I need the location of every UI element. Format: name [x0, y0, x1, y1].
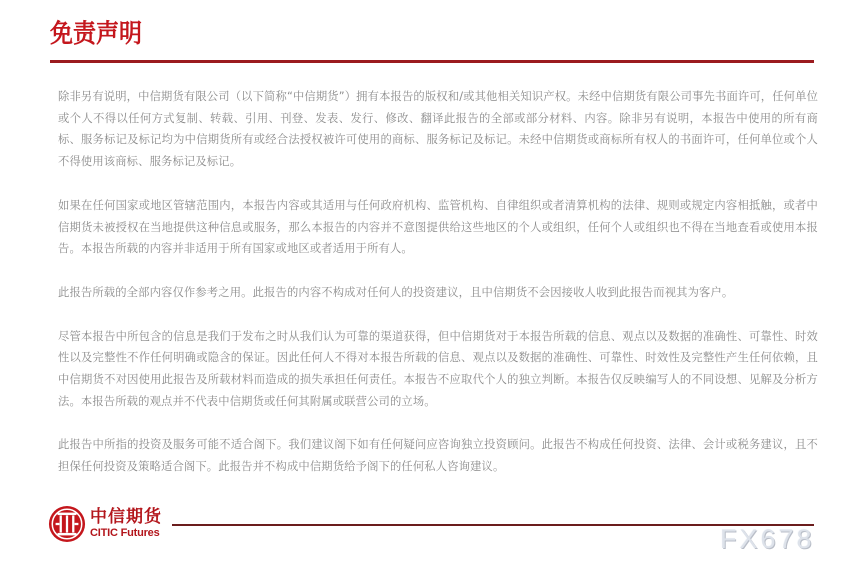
- page-title: 免责声明: [50, 18, 142, 51]
- footer-divider: [172, 524, 814, 526]
- paragraph-copyright: 除非另有说明，中信期货有限公司（以下简称“中信期货”）拥有本报告的版权和/或其他…: [58, 86, 818, 173]
- paragraph-suitability: 此报告中所指的投资及服务可能不适合阁下。我们建议阁下如有任何疑问应咨询独立投资顾…: [58, 434, 818, 477]
- paragraph-reference-only: 此报告所载的全部内容仅作参考之用。此报告的内容不构成对任何人的投资建议，且中信期…: [58, 282, 818, 304]
- citic-logo-icon: [48, 505, 86, 543]
- disclaimer-body: 除非另有说明，中信期货有限公司（以下简称“中信期货”）拥有本报告的版权和/或其他…: [58, 86, 818, 500]
- paragraph-jurisdiction: 如果在任何国家或地区管辖范围内，本报告内容或其适用与任何政府机构、监管机构、自律…: [58, 195, 818, 260]
- paragraph-no-warranty: 尽管本报告中所包含的信息是我们于发布之时从我们认为可靠的渠道获得，但中信期货对于…: [58, 326, 818, 413]
- watermark: FX678: [720, 524, 815, 555]
- title-divider: [50, 60, 814, 63]
- logo-english-name: CITIC Futures: [90, 527, 162, 540]
- citic-futures-logo: 中信期货 CITIC Futures: [48, 505, 162, 543]
- logo-chinese-name: 中信期货: [90, 508, 162, 527]
